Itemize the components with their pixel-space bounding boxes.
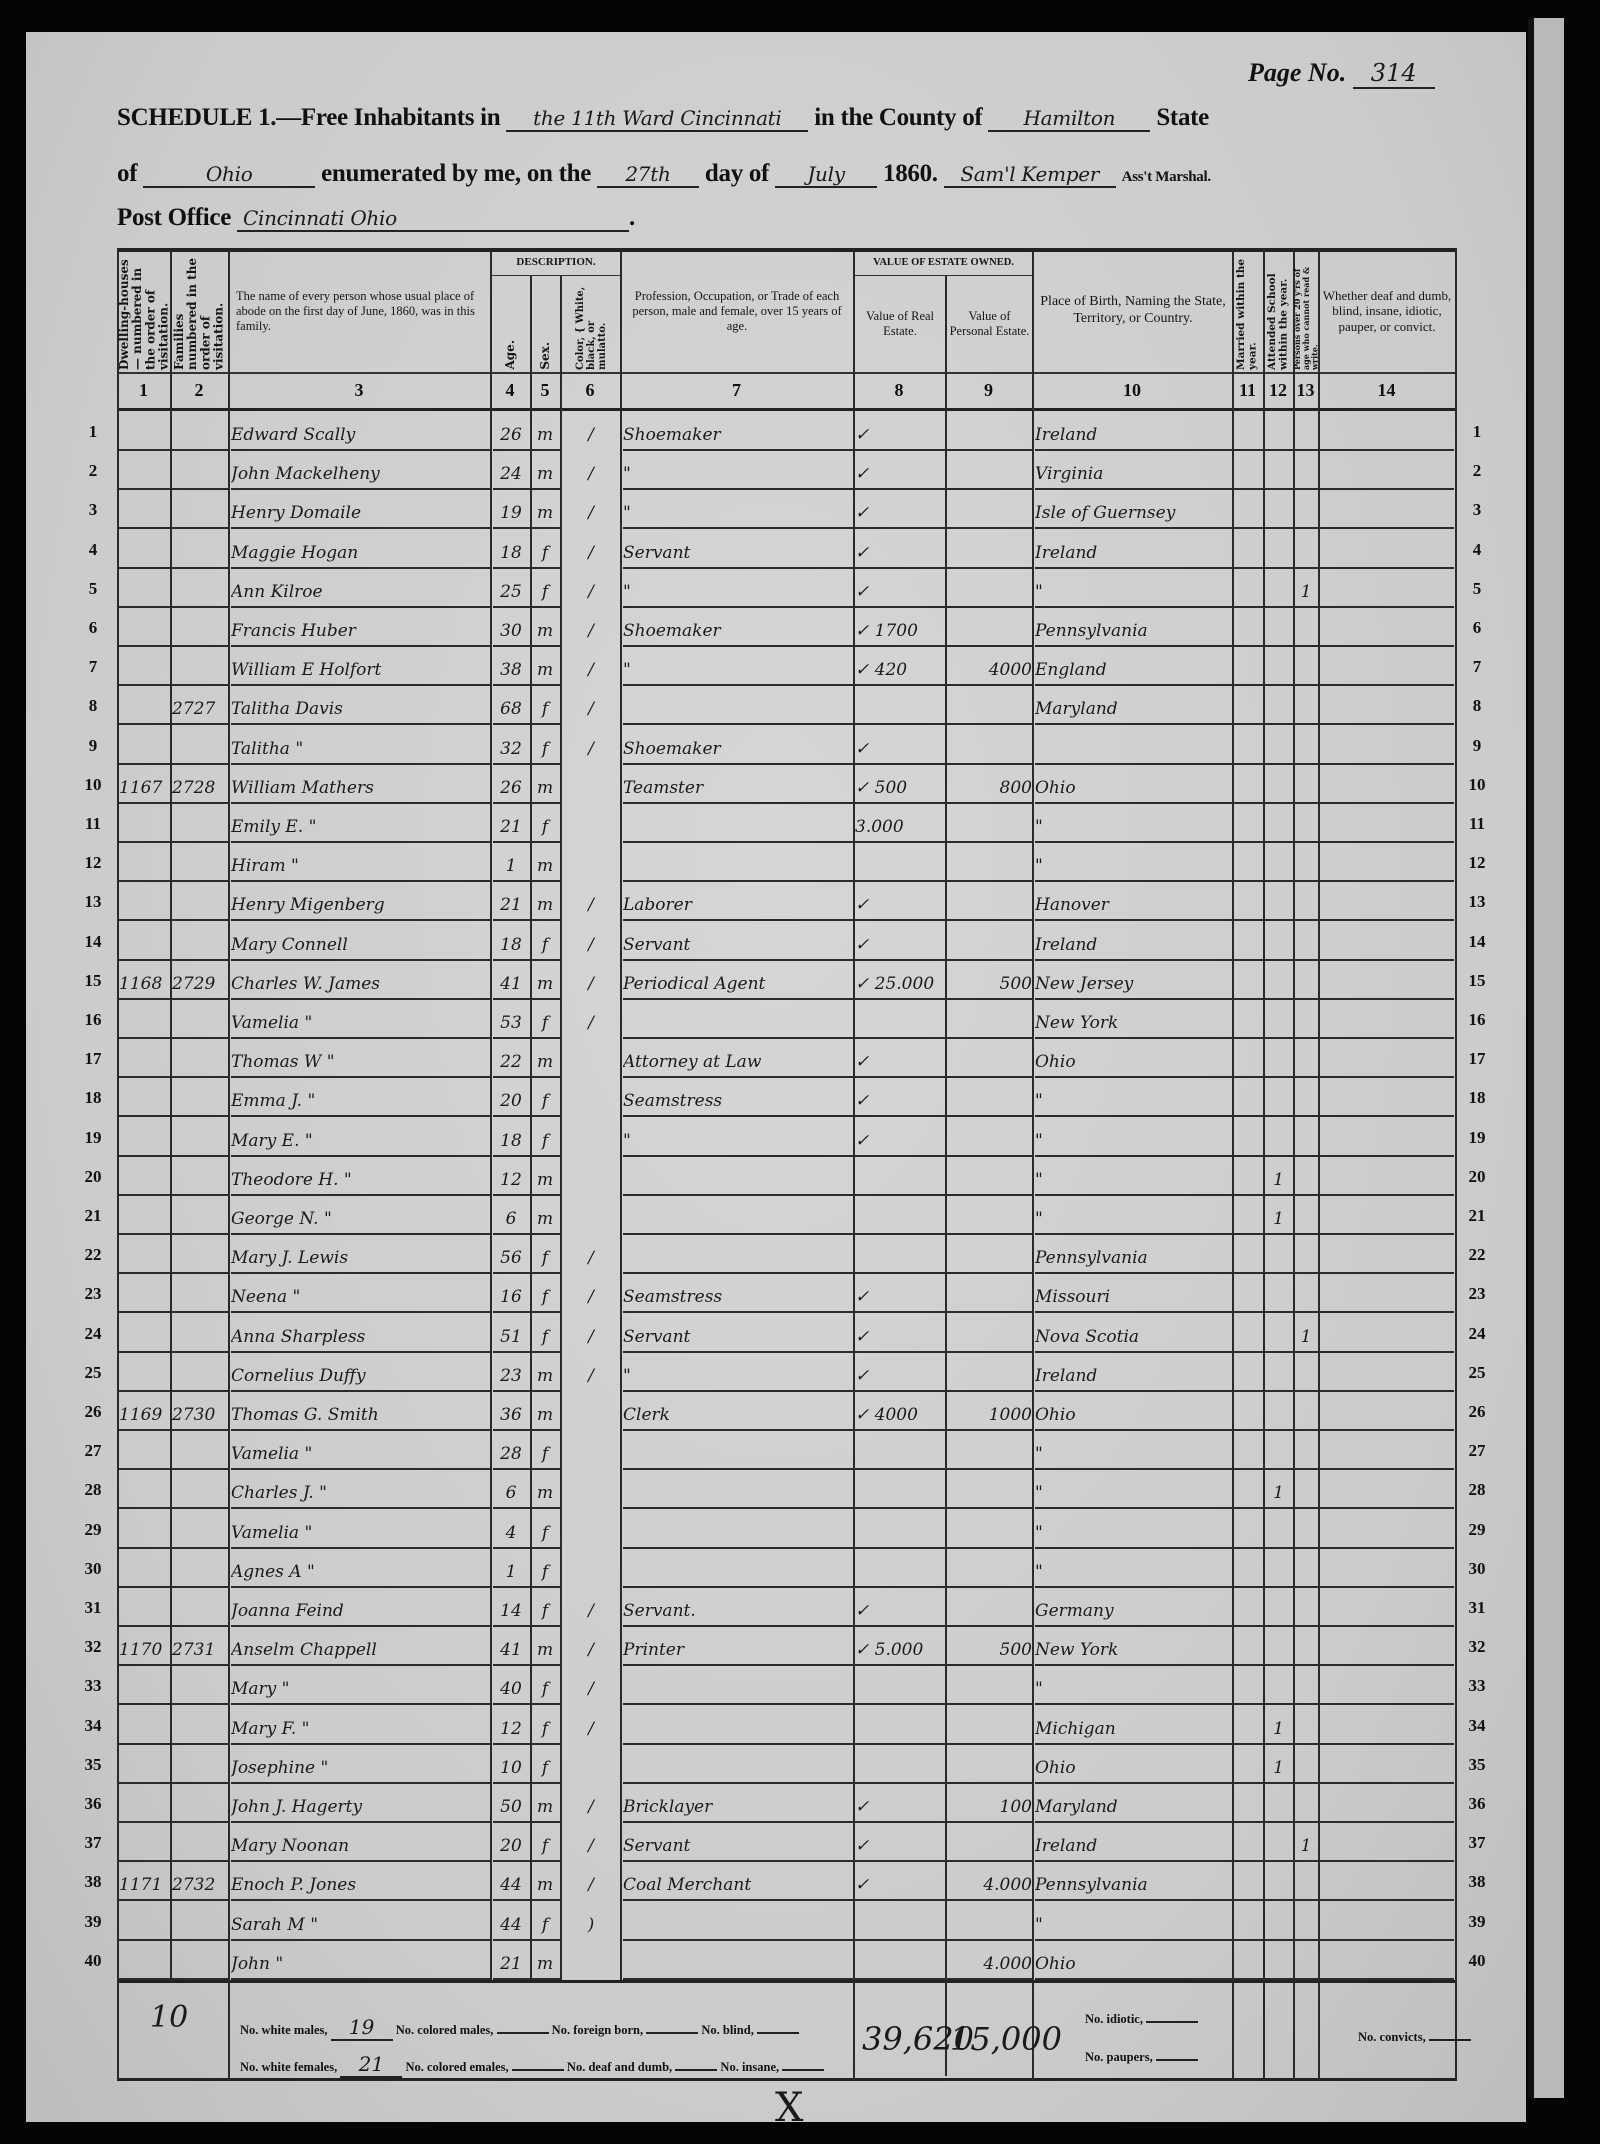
cell-name: Ann Kilroe [231, 582, 489, 602]
table-row: Emily E. "21f3.000" [117, 804, 1457, 843]
cell-occupation: " [623, 1366, 851, 1386]
colnum-top-rule [117, 372, 1457, 374]
row-number-left: 14 [78, 932, 108, 952]
cell-name: Thomas G. Smith [231, 1405, 489, 1425]
cell-birth: " [1035, 1562, 1231, 1582]
row-number-left: 9 [78, 736, 108, 756]
row-number-left: 29 [78, 1520, 108, 1540]
cell-name: John Mackelheny [231, 464, 489, 484]
cell-real: ✓ 420 [855, 660, 945, 680]
cell-personal: 500 [947, 974, 1032, 994]
cell-occupation: Servant [623, 1836, 851, 1856]
row-number-right: 34 [1462, 1716, 1492, 1736]
row-number-left: 3 [78, 500, 108, 520]
cell-sex: f [531, 739, 559, 759]
cell-age: 6 [493, 1209, 529, 1229]
row-number-left: 20 [78, 1167, 108, 1187]
cell-real: ✓ [855, 543, 945, 563]
cell-birth: New York [1035, 1013, 1231, 1033]
row-number-right: 40 [1462, 1951, 1492, 1971]
colnum: 1 [117, 380, 170, 401]
cell-sex: m [531, 660, 559, 680]
cell-dwelling: 1170 [119, 1640, 170, 1660]
row-number-left: 2 [78, 461, 108, 481]
colnum: 14 [1318, 380, 1455, 401]
row-number-left: 23 [78, 1284, 108, 1304]
row-number-right: 19 [1462, 1128, 1492, 1148]
row-number-right: 17 [1462, 1049, 1492, 1069]
cell-occupation: " [623, 1131, 851, 1151]
table-row: Mary E. "18f"✓" [117, 1118, 1457, 1157]
col-birthplace-header: Place of Birth, Naming the State, Territ… [1036, 252, 1230, 370]
paupers-label: No. paupers, [1085, 2050, 1198, 2065]
table-row: Henry Migenberg21m/Laborer✓Hanover [117, 882, 1457, 921]
cell-birth: Isle of Guernsey [1035, 503, 1231, 523]
cell-age: 12 [493, 1170, 529, 1190]
cell-birth: " [1035, 582, 1231, 602]
table-row: Cornelius Duffy23m/"✓Ireland [117, 1353, 1457, 1392]
cell-sex: f [531, 1915, 559, 1935]
row-number-right: 36 [1462, 1794, 1492, 1814]
cell-color: / [565, 974, 617, 994]
col-married-header: Married within the year. [1233, 252, 1263, 370]
table-row: Agnes A "1f" [117, 1549, 1457, 1588]
cell-age: 18 [493, 1131, 529, 1151]
row-number-right: 3 [1462, 500, 1492, 520]
header-bottom-rule [117, 408, 1457, 411]
cell-color: / [565, 1797, 617, 1817]
cell-birth: Pennsylvania [1035, 1875, 1231, 1895]
idiotic-label: No. idiotic, [1085, 2012, 1198, 2027]
cell-birth: Missouri [1035, 1287, 1231, 1307]
cell-sex: f [531, 1444, 559, 1464]
cell-real: ✓ [855, 503, 945, 523]
row-number-right: 30 [1462, 1559, 1492, 1579]
cell-color: / [565, 1287, 617, 1307]
schedule-line-2: of Ohio enumerated by me, on the 27th da… [117, 160, 1211, 188]
cell-sex: f [531, 1287, 559, 1307]
cell-birth: Pennsylvania [1035, 1248, 1231, 1268]
cell-color: / [565, 1836, 617, 1856]
row-number-right: 25 [1462, 1363, 1492, 1383]
cell-occupation: Seamstress [623, 1287, 851, 1307]
table-row: Mary Noonan20f/Servant✓Ireland1 [117, 1823, 1457, 1862]
table-row: 11702731Anselm Chappell41m/Printer✓ 5.00… [117, 1627, 1457, 1666]
footer-bottom-rule [117, 2078, 1457, 2081]
cell-personal: 4.000 [947, 1954, 1032, 1974]
personal-estate-total: 15,000 [950, 2020, 1062, 2058]
cell-color: / [565, 503, 617, 523]
row-number-right: 10 [1462, 775, 1492, 795]
cell-name: Maggie Hogan [231, 543, 489, 563]
cell-school: 1 [1264, 1719, 1293, 1739]
cell-color: / [565, 582, 617, 602]
cell-sex: m [531, 895, 559, 915]
row-number-right: 13 [1462, 892, 1492, 912]
page-number: 314 [1353, 59, 1435, 89]
cell-real: ✓ [855, 1366, 945, 1386]
day-field: 27th [597, 162, 699, 188]
cell-color: ) [565, 1915, 617, 1935]
cell-real: ✓ 5.000 [855, 1640, 945, 1660]
footer-line-2: No. white females, 21 No. colored emales… [240, 2052, 824, 2078]
cell-name: Francis Huber [231, 621, 489, 641]
cell-real: ✓ [855, 1131, 945, 1151]
cell-age: 41 [493, 1640, 529, 1660]
cell-sex: m [531, 1640, 559, 1660]
cell-name: Talitha Davis [231, 699, 489, 719]
row-number-left: 1 [78, 422, 108, 442]
cell-age: 20 [493, 1091, 529, 1111]
table-row: Emma J. "20fSeamstress✓" [117, 1078, 1457, 1117]
cell-age: 14 [493, 1601, 529, 1621]
row-number-right: 32 [1462, 1637, 1492, 1657]
table-row: Thomas W "22mAttorney at Law✓Ohio [117, 1039, 1457, 1078]
cell-sex: m [531, 856, 559, 876]
cell-birth: " [1035, 1091, 1231, 1111]
table-row: Talitha "32f/Shoemaker✓ [117, 726, 1457, 765]
row-number-left: 33 [78, 1676, 108, 1696]
cell-illiterate: 1 [1294, 1836, 1318, 1856]
cell-name: Charles W. James [231, 974, 489, 994]
cell-dwelling: 1169 [119, 1405, 170, 1425]
cell-name: Mary E. " [231, 1131, 489, 1151]
cell-name: Mary Connell [231, 935, 489, 955]
cell-dwelling: 1168 [119, 974, 170, 994]
row-number-left: 22 [78, 1245, 108, 1265]
cell-occupation: Coal Merchant [623, 1875, 851, 1895]
cell-age: 40 [493, 1679, 529, 1699]
table-row: John J. Hagerty50m/Bricklayer✓100Marylan… [117, 1784, 1457, 1823]
schedule-line-1: SCHEDULE 1.—Free Inhabitants in the 11th… [117, 104, 1209, 132]
schedule-title: SCHEDULE 1.—Free Inhabitants in [117, 104, 500, 131]
cell-school: 1 [1264, 1483, 1293, 1503]
cell-sex: m [531, 1483, 559, 1503]
cell-name: Emma J. " [231, 1091, 489, 1111]
cell-name: Mary " [231, 1679, 489, 1699]
cell-age: 12 [493, 1719, 529, 1739]
cell-name: Vamelia " [231, 1523, 489, 1543]
cell-name: Emily E. " [231, 817, 489, 837]
table-row: Neena "16f/Seamstress✓Missouri [117, 1274, 1457, 1313]
cell-sex: m [531, 503, 559, 523]
colnum: 13 [1293, 380, 1318, 401]
table-row: Josephine "10fOhio1 [117, 1745, 1457, 1784]
cell-personal: 100 [947, 1797, 1032, 1817]
cell-color: / [565, 1875, 617, 1895]
cell-real: ✓ [855, 739, 945, 759]
row-number-left: 18 [78, 1088, 108, 1108]
table-row: Anna Sharpless51f/Servant✓Nova Scotia1 [117, 1314, 1457, 1353]
table-row: Sarah M "44f)" [117, 1902, 1457, 1941]
table-row: Mary F. "12f/Michigan1 [117, 1706, 1457, 1745]
cell-occupation: Shoemaker [623, 425, 851, 445]
dwelling-total: 10 [150, 2000, 188, 2035]
cell-sex: f [531, 699, 559, 719]
cell-age: 19 [493, 503, 529, 523]
cell-age: 25 [493, 582, 529, 602]
cell-real: ✓ [855, 425, 945, 445]
cell-color: / [565, 621, 617, 641]
cell-sex: f [531, 1091, 559, 1111]
cell-personal: 500 [947, 1640, 1032, 1660]
page-edge [1528, 18, 1564, 2098]
cell-real: ✓ 4000 [855, 1405, 945, 1425]
table-row: 11712732Enoch P. Jones44m/Coal Merchant✓… [117, 1862, 1457, 1901]
row-number-left: 26 [78, 1402, 108, 1422]
cell-real: ✓ [855, 1091, 945, 1111]
col-family-header: Families numbered in the order of visita… [172, 252, 227, 370]
cell-name: George N. " [231, 1209, 489, 1229]
table-row: Francis Huber30m/Shoemaker✓ 1700Pennsylv… [117, 608, 1457, 647]
page-number-label: Page No. 314 [1248, 58, 1435, 89]
cell-age: 56 [493, 1248, 529, 1268]
colnum: 11 [1232, 380, 1263, 401]
cell-sex: m [531, 1209, 559, 1229]
cell-family: 2727 [172, 699, 228, 719]
cell-sex: m [531, 1405, 559, 1425]
cell-family: 2731 [172, 1640, 228, 1660]
cell-sex: f [531, 817, 559, 837]
row-number-left: 25 [78, 1363, 108, 1383]
cell-real: ✓ [855, 1287, 945, 1307]
row-number-right: 35 [1462, 1755, 1492, 1775]
cell-birth: " [1035, 1483, 1231, 1503]
row-number-right: 16 [1462, 1010, 1492, 1030]
cell-real: ✓ [855, 464, 945, 484]
row-number-left: 35 [78, 1755, 108, 1775]
cell-birth: " [1035, 1131, 1231, 1151]
colnum: 6 [560, 380, 620, 401]
cell-occupation: Clerk [623, 1405, 851, 1425]
cell-sex: m [531, 1170, 559, 1190]
col-age-header: Age. [492, 278, 530, 370]
cell-birth: Hanover [1035, 895, 1231, 915]
cell-family: 2732 [172, 1875, 228, 1895]
row-number-left: 6 [78, 618, 108, 638]
row-number-right: 11 [1462, 814, 1492, 834]
cell-occupation: Teamster [623, 778, 851, 798]
cell-occupation: Seamstress [623, 1091, 851, 1111]
row-number-left: 7 [78, 657, 108, 677]
cell-sex: f [531, 1758, 559, 1778]
row-number-left: 10 [78, 775, 108, 795]
cell-age: 18 [493, 543, 529, 563]
cell-birth: " [1035, 1679, 1231, 1699]
colnum: 7 [620, 380, 853, 401]
cell-illiterate: 1 [1294, 1327, 1318, 1347]
cell-age: 28 [493, 1444, 529, 1464]
marshal-field: Sam'l Kemper [944, 162, 1116, 188]
cell-age: 41 [493, 974, 529, 994]
row-number-left: 8 [78, 696, 108, 716]
cell-age: 50 [493, 1797, 529, 1817]
cell-age: 10 [493, 1758, 529, 1778]
cell-color: / [565, 1679, 617, 1699]
cell-name: Thomas W " [231, 1052, 489, 1072]
row-number-left: 31 [78, 1598, 108, 1618]
row-number-left: 36 [78, 1794, 108, 1814]
row-number-right: 31 [1462, 1598, 1492, 1618]
table-row: 11672728William Mathers26mTeamster✓ 5008… [117, 765, 1457, 804]
cell-sex: f [531, 543, 559, 563]
table-row: 11692730Thomas G. Smith36mClerk✓ 4000100… [117, 1392, 1457, 1431]
col-occupation-header: Profession, Occupation, or Trade of each… [626, 252, 848, 370]
cell-color: / [565, 660, 617, 680]
cell-occupation: Shoemaker [623, 739, 851, 759]
row-number-right: 8 [1462, 696, 1492, 716]
cell-occupation: " [623, 582, 851, 602]
row-number-right: 22 [1462, 1245, 1492, 1265]
cell-birth: New Jersey [1035, 974, 1231, 994]
cell-real: ✓ 25.000 [855, 974, 945, 994]
row-number-left: 11 [78, 814, 108, 834]
cell-illiterate: 1 [1294, 582, 1318, 602]
cell-birth: " [1035, 1170, 1231, 1190]
cell-sex: m [531, 1954, 559, 1974]
cell-birth: Nova Scotia [1035, 1327, 1231, 1347]
row-number-right: 29 [1462, 1520, 1492, 1540]
row-number-left: 38 [78, 1872, 108, 1892]
cell-dwelling: 1171 [119, 1875, 170, 1895]
table-row: Vamelia "4f" [117, 1510, 1457, 1549]
row-number-left: 12 [78, 853, 108, 873]
cell-birth: " [1035, 1209, 1231, 1229]
cell-birth: New York [1035, 1640, 1231, 1660]
colnum: 3 [228, 380, 490, 401]
cell-birth: England [1035, 660, 1231, 680]
cell-age: 26 [493, 778, 529, 798]
cell-real: ✓ [855, 895, 945, 915]
cell-color: / [565, 1601, 617, 1621]
row-number-left: 34 [78, 1716, 108, 1736]
row-number-left: 40 [78, 1951, 108, 1971]
cell-birth: Michigan [1035, 1719, 1231, 1739]
table-row: Mary J. Lewis56f/Pennsylvania [117, 1235, 1457, 1274]
cell-birth: " [1035, 1523, 1231, 1543]
cell-age: 23 [493, 1366, 529, 1386]
table-row: Vamelia "53f/New York [117, 1000, 1457, 1039]
cell-birth: Ohio [1035, 1405, 1231, 1425]
col-dwelling-header: Dwelling-houses— numbered in the order o… [119, 252, 169, 370]
cell-occupation: " [623, 464, 851, 484]
cell-name: Henry Domaile [231, 503, 489, 523]
colnum: 10 [1032, 380, 1232, 401]
row-number-right: 7 [1462, 657, 1492, 677]
row-number-right: 5 [1462, 579, 1492, 599]
cell-color: / [565, 425, 617, 445]
convicts-label: No. convicts, [1358, 2030, 1471, 2045]
cell-name: Neena " [231, 1287, 489, 1307]
cell-name: William E Holfort [231, 660, 489, 680]
cell-name: Hiram " [231, 856, 489, 876]
col-name-header: The name of every person whose usual pla… [236, 252, 484, 370]
col-school-header: Attended School within the year. [1264, 252, 1293, 370]
cell-age: 4 [493, 1523, 529, 1543]
row-number-right: 1 [1462, 422, 1492, 442]
cell-color: / [565, 1327, 617, 1347]
cell-real: ✓ [855, 1601, 945, 1621]
cell-sex: m [531, 1797, 559, 1817]
table-row: Maggie Hogan18f/Servant✓Ireland [117, 530, 1457, 569]
cell-color: / [565, 935, 617, 955]
estate-header: VALUE OF ESTATE OWNED. [855, 252, 1032, 274]
cell-birth: Ohio [1035, 778, 1231, 798]
cell-age: 32 [493, 739, 529, 759]
cell-birth: Germany [1035, 1601, 1231, 1621]
table-row: Charles J. "6m"1 [117, 1470, 1457, 1509]
row-number-left: 30 [78, 1559, 108, 1579]
cell-age: 68 [493, 699, 529, 719]
cell-school: 1 [1264, 1758, 1293, 1778]
cell-name: Mary F. " [231, 1719, 489, 1739]
table-row: William E Holfort38m/"✓ 4204000England [117, 647, 1457, 686]
col-color-header: Color, { White, black, or mulatto. [562, 278, 620, 370]
colnum: 9 [945, 380, 1032, 401]
cell-sex: f [531, 1327, 559, 1347]
cell-color: / [565, 895, 617, 915]
cell-age: 44 [493, 1875, 529, 1895]
cell-personal: 800 [947, 778, 1032, 798]
table-row: Vamelia "28f" [117, 1431, 1457, 1470]
colnum: 2 [170, 380, 228, 401]
cell-name: Josephine " [231, 1758, 489, 1778]
cell-real: 3.000 [855, 817, 945, 837]
cell-real: ✓ [855, 1875, 945, 1895]
table-row: George N. "6m"1 [117, 1196, 1457, 1235]
cell-color: / [565, 739, 617, 759]
cell-sex: f [531, 1836, 559, 1856]
cell-age: 21 [493, 817, 529, 837]
cell-school: 1 [1264, 1209, 1293, 1229]
state-field: Ohio [143, 162, 315, 188]
cell-sex: m [531, 464, 559, 484]
row-number-left: 17 [78, 1049, 108, 1069]
cell-sex: f [531, 1131, 559, 1151]
cell-birth: Ireland [1035, 425, 1231, 445]
cell-occupation: Laborer [623, 895, 851, 915]
cell-birth: Maryland [1035, 1797, 1231, 1817]
cell-name: Cornelius Duffy [231, 1366, 489, 1386]
cell-age: 6 [493, 1483, 529, 1503]
row-number-right: 28 [1462, 1480, 1492, 1500]
cell-birth: " [1035, 1915, 1231, 1935]
cell-color: / [565, 1719, 617, 1739]
cell-real: ✓ [855, 935, 945, 955]
cell-birth: Virginia [1035, 464, 1231, 484]
cell-real: ✓ 1700 [855, 621, 945, 641]
cell-real: ✓ [855, 1327, 945, 1347]
cell-birth: Maryland [1035, 699, 1231, 719]
cell-birth: Ireland [1035, 935, 1231, 955]
cell-color: / [565, 543, 617, 563]
table-row: Mary Connell18f/Servant✓Ireland [117, 922, 1457, 961]
cell-name: Charles J. " [231, 1483, 489, 1503]
row-number-right: 18 [1462, 1088, 1492, 1108]
cell-sex: m [531, 974, 559, 994]
table-bottom-rule [117, 1980, 1457, 1983]
col-illiterate-header: Persons over 20 y'rs of age who cannot r… [1294, 252, 1318, 370]
cell-sex: f [531, 1248, 559, 1268]
row-number-right: 26 [1462, 1402, 1492, 1422]
cell-birth: " [1035, 856, 1231, 876]
cell-name: Mary Noonan [231, 1836, 489, 1856]
cell-sex: f [531, 1562, 559, 1582]
white-females-count: 21 [340, 2052, 402, 2078]
cell-sex: m [531, 1366, 559, 1386]
row-number-left: 37 [78, 1833, 108, 1853]
cell-real: ✓ [855, 1836, 945, 1856]
